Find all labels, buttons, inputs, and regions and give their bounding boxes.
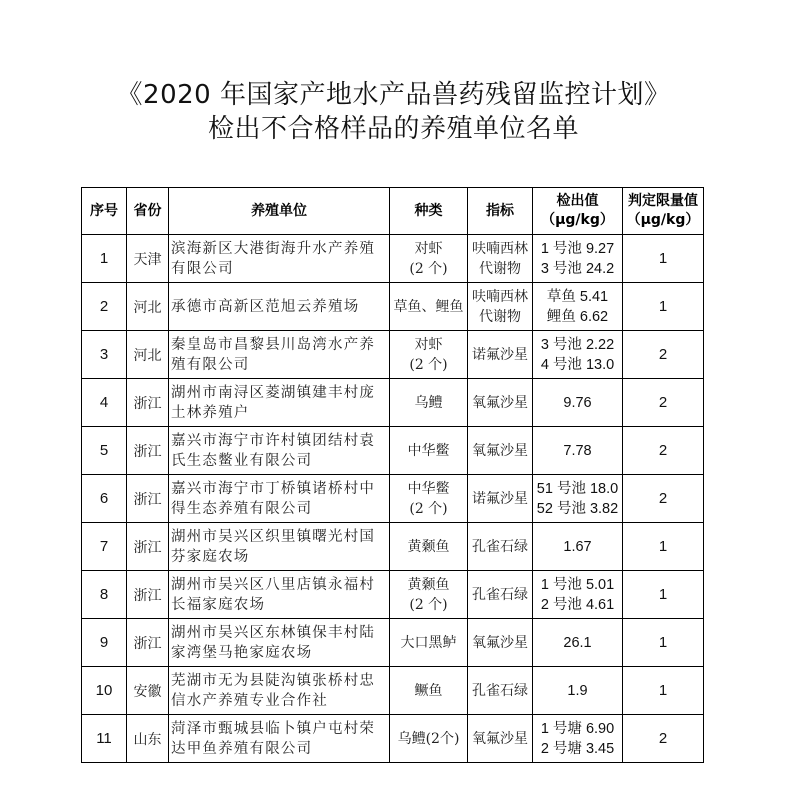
cell-seq: 11 (82, 715, 127, 763)
cell-species: 黄颡鱼(2 个) (390, 571, 468, 619)
table-row: 10安徽芜湖市无为县陡沟镇张桥村忠信水产养殖专业合作社鳜鱼孔雀石绿1.91 (82, 667, 704, 715)
cell-species-line: (2 个) (390, 595, 467, 615)
cell-limit: 1 (623, 571, 704, 619)
table-row: 7浙江湖州市吴兴区织里镇曙光村国芬家庭农场黄颡鱼孔雀石绿1.671 (82, 523, 704, 571)
cell-province: 浙江 (127, 619, 169, 667)
header-limit: 判定限量值 （μg/kg） (623, 188, 704, 235)
cell-detected: 草鱼 5.41鲤鱼 6.62 (533, 283, 623, 331)
cell-unit: 菏泽市甄城县临卜镇户屯村荣达甲鱼养殖有限公司 (169, 715, 390, 763)
header-indicator: 指标 (468, 188, 533, 235)
cell-detected-line: 鲤鱼 6.62 (533, 307, 622, 327)
cell-province: 浙江 (127, 475, 169, 523)
cell-detected: 26.1 (533, 619, 623, 667)
cell-unit: 嘉兴市海宁市丁桥镇诸桥村中得生态养殖有限公司 (169, 475, 390, 523)
cell-seq: 6 (82, 475, 127, 523)
cell-province: 安徽 (127, 667, 169, 715)
cell-detected-line: 51 号池 18.0 (533, 479, 622, 499)
cell-species-line: 草鱼、鲤鱼 (390, 297, 467, 317)
cell-detected: 7.78 (533, 427, 623, 475)
cell-detected-line: 草鱼 5.41 (533, 287, 622, 307)
cell-limit: 2 (623, 379, 704, 427)
cell-detected: 1.67 (533, 523, 623, 571)
cell-detected-line: 4 号池 13.0 (533, 355, 622, 375)
cell-province: 天津 (127, 235, 169, 283)
cell-species-line: 鳜鱼 (390, 681, 467, 701)
header-detected-label: 检出值 (533, 192, 622, 211)
cell-province: 山东 (127, 715, 169, 763)
cell-limit: 2 (623, 331, 704, 379)
cell-indicator-line: 孔雀石绿 (468, 681, 532, 701)
cell-detected-line: 52 号池 3.82 (533, 499, 622, 519)
cell-unit: 湖州市南浔区菱湖镇建丰村庞土林养殖户 (169, 379, 390, 427)
table-row: 11山东菏泽市甄城县临卜镇户屯村荣达甲鱼养殖有限公司乌鳢(2个)氧氟沙星1 号塘… (82, 715, 704, 763)
cell-indicator: 诺氟沙星 (468, 475, 533, 523)
cell-detected-line: 1 号池 9.27 (533, 239, 622, 259)
cell-unit: 湖州市吴兴区织里镇曙光村国芬家庭农场 (169, 523, 390, 571)
table-row: 3河北秦皇岛市昌黎县川岛湾水产养殖有限公司对虾(2 个)诺氟沙星3 号池 2.2… (82, 331, 704, 379)
cell-unit: 湖州市吴兴区八里店镇永福村长福家庭农场 (169, 571, 390, 619)
cell-limit: 2 (623, 715, 704, 763)
cell-detected-line: 2 号池 4.61 (533, 595, 622, 615)
cell-species: 中华鳖 (390, 427, 468, 475)
cell-seq: 5 (82, 427, 127, 475)
cell-detected-line: 1.9 (533, 681, 622, 701)
cell-indicator-line: 代谢物 (468, 307, 532, 327)
cell-limit: 1 (623, 235, 704, 283)
cell-species: 对虾(2 个) (390, 235, 468, 283)
cell-indicator: 氧氟沙星 (468, 619, 533, 667)
cell-indicator: 氧氟沙星 (468, 427, 533, 475)
cell-unit: 嘉兴市海宁市许村镇团结村袁氏生态鳖业有限公司 (169, 427, 390, 475)
cell-province: 河北 (127, 331, 169, 379)
cell-indicator-line: 氧氟沙星 (468, 441, 532, 461)
cell-detected: 1 号池 5.012 号池 4.61 (533, 571, 623, 619)
cell-species: 中华鳖(2 个) (390, 475, 468, 523)
cell-detected: 9.76 (533, 379, 623, 427)
cell-province: 河北 (127, 283, 169, 331)
cell-detected: 3 号池 2.224 号池 13.0 (533, 331, 623, 379)
header-province: 省份 (127, 188, 169, 235)
cell-seq: 4 (82, 379, 127, 427)
table-row: 2河北承德市高新区范旭云养殖场草鱼、鲤鱼呋喃西林代谢物草鱼 5.41鲤鱼 6.6… (82, 283, 704, 331)
cell-detected-line: 3 号池 24.2 (533, 259, 622, 279)
cell-detected-line: 1.67 (533, 537, 622, 557)
cell-indicator: 孔雀石绿 (468, 667, 533, 715)
cell-indicator-line: 氧氟沙星 (468, 393, 532, 413)
cell-seq: 3 (82, 331, 127, 379)
cell-limit: 2 (623, 427, 704, 475)
cell-unit: 湖州市吴兴区东林镇保丰村陆家湾堡马艳家庭农场 (169, 619, 390, 667)
table-header-row: 序号 省份 养殖单位 种类 指标 检出值 （μg/kg） 判定限量值 （μg/k… (82, 188, 704, 235)
cell-detected: 1 号池 9.273 号池 24.2 (533, 235, 623, 283)
table-row: 4浙江湖州市南浔区菱湖镇建丰村庞土林养殖户乌鳢氧氟沙星9.762 (82, 379, 704, 427)
cell-seq: 1 (82, 235, 127, 283)
cell-species-line: 大口黑鲈 (390, 633, 467, 653)
cell-limit: 2 (623, 475, 704, 523)
cell-seq: 10 (82, 667, 127, 715)
cell-species-line: 乌鳢 (390, 393, 467, 413)
cell-unit: 承德市高新区范旭云养殖场 (169, 283, 390, 331)
cell-detected-line: 7.78 (533, 441, 622, 461)
header-seq: 序号 (82, 188, 127, 235)
table-row: 8浙江湖州市吴兴区八里店镇永福村长福家庭农场黄颡鱼(2 个)孔雀石绿1 号池 5… (82, 571, 704, 619)
table-row: 9浙江湖州市吴兴区东林镇保丰村陆家湾堡马艳家庭农场大口黑鲈氧氟沙星26.11 (82, 619, 704, 667)
cell-detected-line: 9.76 (533, 393, 622, 413)
cell-indicator: 呋喃西林代谢物 (468, 283, 533, 331)
cell-indicator: 氧氟沙星 (468, 715, 533, 763)
cell-limit: 1 (623, 619, 704, 667)
cell-detected-line: 3 号池 2.22 (533, 335, 622, 355)
table-row: 6浙江嘉兴市海宁市丁桥镇诸桥村中得生态养殖有限公司中华鳖(2 个)诺氟沙星51 … (82, 475, 704, 523)
header-detected: 检出值 （μg/kg） (533, 188, 623, 235)
cell-species: 草鱼、鲤鱼 (390, 283, 468, 331)
header-detected-unit: （μg/kg） (533, 211, 622, 230)
cell-limit: 1 (623, 523, 704, 571)
cell-species-line: (2 个) (390, 259, 467, 279)
table-row: 1天津滨海新区大港街海升水产养殖有限公司对虾(2 个)呋喃西林代谢物1 号池 9… (82, 235, 704, 283)
cell-limit: 1 (623, 283, 704, 331)
cell-indicator: 氧氟沙星 (468, 379, 533, 427)
cell-species-line: 黄颡鱼 (390, 537, 467, 557)
cell-indicator-line: 诺氟沙星 (468, 345, 532, 365)
cell-province: 浙江 (127, 571, 169, 619)
cell-indicator-line: 孔雀石绿 (468, 537, 532, 557)
cell-species: 乌鳢(2个) (390, 715, 468, 763)
cell-province: 浙江 (127, 379, 169, 427)
cell-indicator-line: 呋喃西林 (468, 287, 532, 307)
header-unit: 养殖单位 (169, 188, 390, 235)
cell-species-line: 对虾 (390, 239, 467, 259)
cell-indicator-line: 氧氟沙星 (468, 729, 532, 749)
cell-detected: 1 号塘 6.902 号塘 3.45 (533, 715, 623, 763)
header-species: 种类 (390, 188, 468, 235)
cell-seq: 8 (82, 571, 127, 619)
cell-limit: 1 (623, 667, 704, 715)
cell-species-line: 黄颡鱼 (390, 575, 467, 595)
cell-species-line: (2 个) (390, 499, 467, 519)
cell-province: 浙江 (127, 427, 169, 475)
cell-species: 乌鳢 (390, 379, 468, 427)
document-title-line1: 《2020 年国家产地水产品兽药残留监控计划》 (0, 78, 787, 112)
cell-detected-line: 1 号池 5.01 (533, 575, 622, 595)
cell-detected: 1.9 (533, 667, 623, 715)
cell-species: 鳜鱼 (390, 667, 468, 715)
cell-unit: 芜湖市无为县陡沟镇张桥村忠信水产养殖专业合作社 (169, 667, 390, 715)
cell-species-line: 中华鳖 (390, 479, 467, 499)
cell-unit: 秦皇岛市昌黎县川岛湾水产养殖有限公司 (169, 331, 390, 379)
cell-species: 黄颡鱼 (390, 523, 468, 571)
table-body: 1天津滨海新区大港街海升水产养殖有限公司对虾(2 个)呋喃西林代谢物1 号池 9… (82, 235, 704, 763)
cell-indicator-line: 氧氟沙星 (468, 633, 532, 653)
cell-species-line: (2 个) (390, 355, 467, 375)
cell-indicator-line: 诺氟沙星 (468, 489, 532, 509)
cell-detected-line: 2 号塘 3.45 (533, 739, 622, 759)
cell-detected-line: 1 号塘 6.90 (533, 719, 622, 739)
cell-unit: 滨海新区大港街海升水产养殖有限公司 (169, 235, 390, 283)
cell-indicator-line: 呋喃西林 (468, 239, 532, 259)
cell-species-line: 乌鳢(2个) (390, 729, 467, 749)
cell-indicator: 孔雀石绿 (468, 523, 533, 571)
cell-species-line: 中华鳖 (390, 441, 467, 461)
cell-indicator-line: 孔雀石绿 (468, 585, 532, 605)
cell-seq: 2 (82, 283, 127, 331)
cell-province: 浙江 (127, 523, 169, 571)
cell-species-line: 对虾 (390, 335, 467, 355)
cell-seq: 9 (82, 619, 127, 667)
cell-seq: 7 (82, 523, 127, 571)
cell-species: 对虾(2 个) (390, 331, 468, 379)
cell-detected-line: 26.1 (533, 633, 622, 653)
cell-indicator: 诺氟沙星 (468, 331, 533, 379)
table-row: 5浙江嘉兴市海宁市许村镇团结村袁氏生态鳖业有限公司中华鳖氧氟沙星7.782 (82, 427, 704, 475)
cell-species: 大口黑鲈 (390, 619, 468, 667)
header-limit-label: 判定限量值 (623, 192, 703, 211)
unqualified-units-table: 序号 省份 养殖单位 种类 指标 检出值 （μg/kg） 判定限量值 （μg/k… (81, 187, 704, 763)
cell-detected: 51 号池 18.052 号池 3.82 (533, 475, 623, 523)
document-title-line2: 检出不合格样品的养殖单位名单 (0, 112, 787, 146)
cell-indicator: 孔雀石绿 (468, 571, 533, 619)
header-limit-unit: （μg/kg） (623, 211, 703, 230)
cell-indicator: 呋喃西林代谢物 (468, 235, 533, 283)
cell-indicator-line: 代谢物 (468, 259, 532, 279)
